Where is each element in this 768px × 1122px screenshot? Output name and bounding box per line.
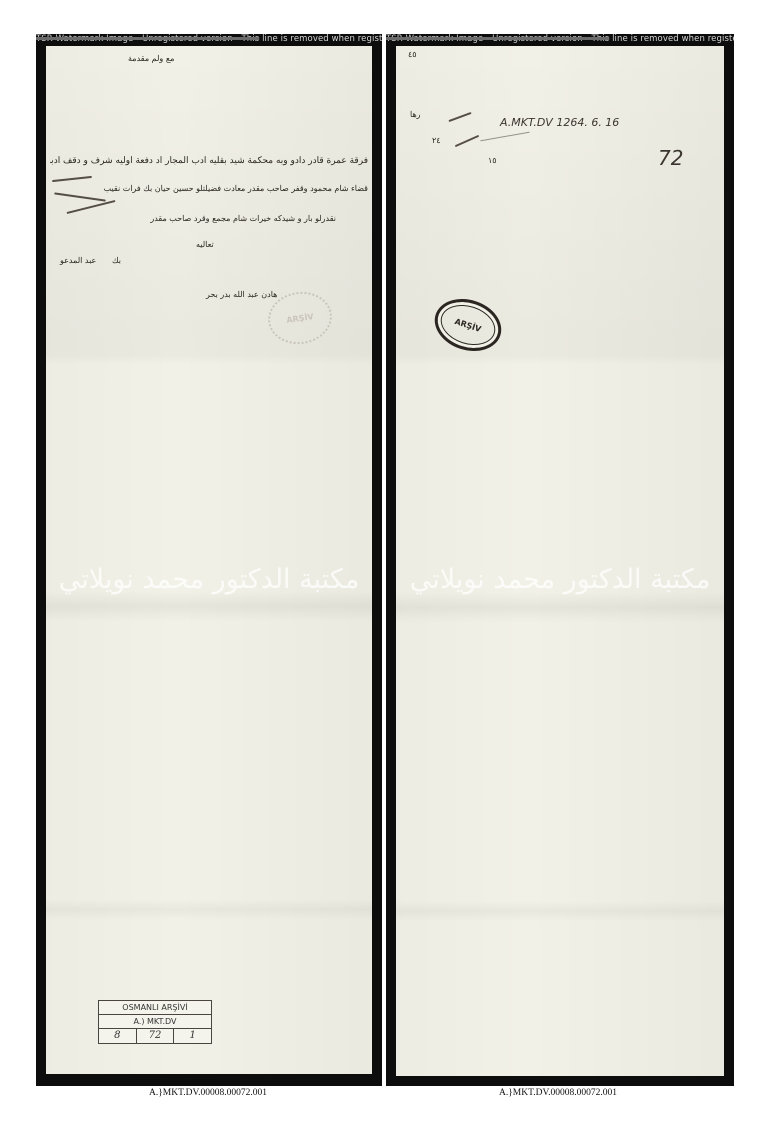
document-heading: مع ولم مقدمة [128,54,174,63]
watermark-strike-text: TSR Watermark Image - Unregistered versi… [36,34,259,44]
stamp-text: ARŞİV [286,312,314,325]
document-paper-left: مع ولم مقدمة فرقة عمرة قادر دادو وبه محك… [46,46,372,1074]
folio-number: 72 [658,146,683,170]
archive-stamp: ARŞİV [428,291,508,360]
catalog-note: A.MKT.DV 1264. 6. 16 [500,116,619,129]
archive-label: OSMANLI ARŞİVİ A.) MKT.DV 8 72 1 [98,1000,212,1044]
script-line: تعاليه [196,240,214,249]
arabic-watermark: مكتبة الدكتور محمد نويلاتي [396,564,724,595]
arabic-watermark: مكتبة الدكتور محمد نويلاتي [46,564,372,595]
document-paper-right: ٤٥ رها ٢٤ ١٥ A.MKT.DV 1264. 6. 16 72 ARŞ… [396,46,724,1076]
archive-label-title: OSMANLI ARŞİVİ [99,1001,211,1015]
signature-scribble [455,135,480,147]
archive-label-cell: 72 [137,1029,175,1043]
margin-scribble [54,192,106,201]
caption-right: A.}MKT.DV.00008.00072.001 [458,1088,658,1098]
margin-note: بك [112,256,121,265]
scan-page-left: TSR Watermark Image - Unregistered versi… [36,34,382,1086]
archive-label-cell: 1 [174,1029,211,1043]
watermark-banner-right: TSR Watermark Image - Unregistered versi… [386,34,734,45]
archive-label-fond: A.) MKT.DV [99,1015,211,1029]
scan-page-right: TSR Watermark Image - Unregistered versi… [386,34,734,1086]
watermark-suffix-text: line is removed when registered [259,34,382,44]
stamp-text: ARŞİV [454,317,483,334]
script-line: هادن عبد الله بدر بحر [206,290,277,299]
watermark-banner-left: TSR Watermark Image - Unregistered versi… [36,34,382,45]
script-line: فرقة عمرة قادر دادو وبه محكمة شيد بقليه … [50,156,368,166]
signature-scribble [448,112,471,122]
watermark-suffix-text: line is removed when registered [609,34,734,44]
script-mark: ١٥ [488,156,497,165]
corner-mark: ٤٥ [408,50,417,59]
pencil-line [480,132,529,142]
archive-label-cell: 8 [99,1029,137,1043]
watermark-strike-text: TSR Watermark Image - Unregistered versi… [386,34,609,44]
margin-note: عبد المدعو [60,256,96,265]
margin-scribble [67,200,116,214]
script-line: قضاء شام محمود وقفر صاحب مقدر معادت فضيل… [86,184,368,193]
script-mark: ٢٤ [432,136,441,145]
archive-label-cells: 8 72 1 [99,1029,211,1043]
margin-scribble [52,176,92,182]
script-line: نقدرلو بار و شيدكه خيرات شام مجمع وقرد ص… [96,214,336,223]
script-mark: رها [410,110,421,119]
caption-left: A.}MKT.DV.00008.00072.001 [108,1088,308,1098]
